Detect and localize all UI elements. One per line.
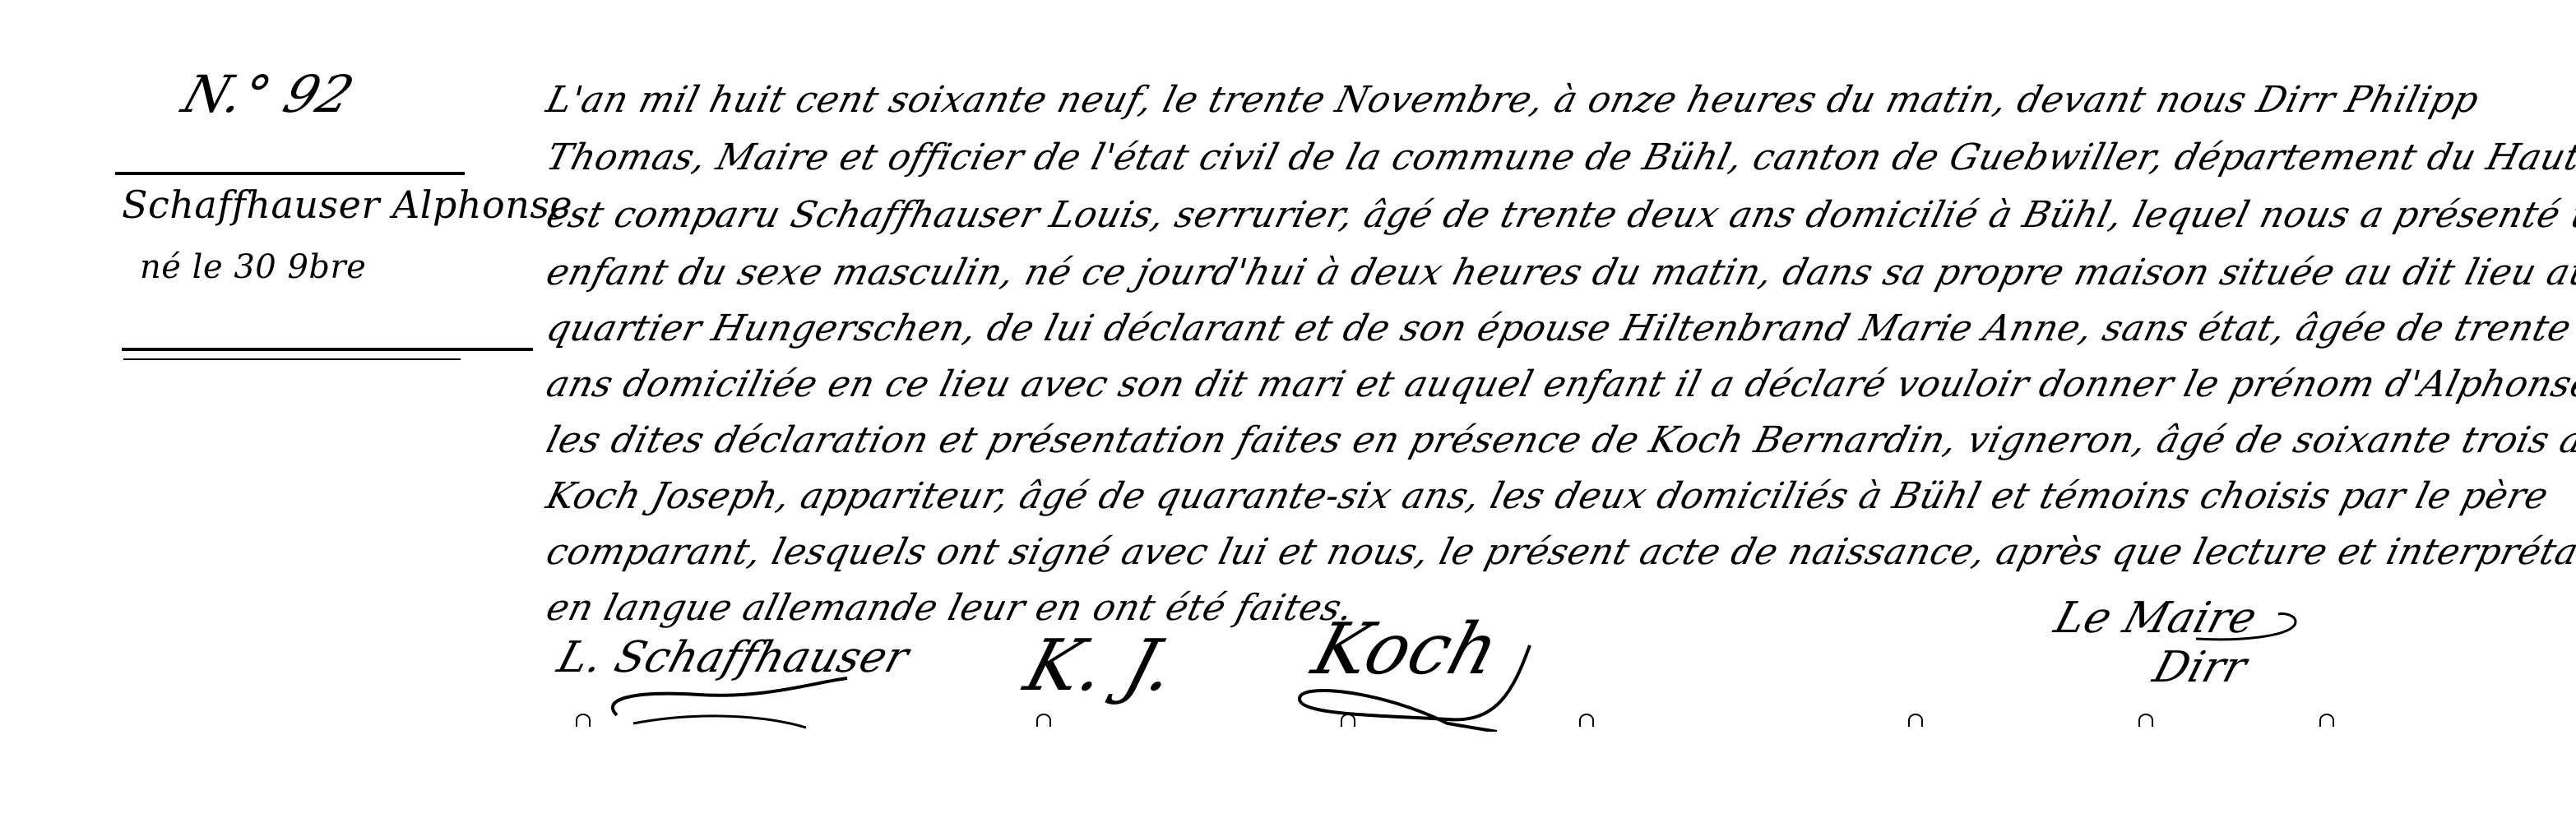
- margin-bottom-rule: [122, 348, 533, 351]
- margin-top-rule: [115, 172, 465, 175]
- margin-birth-date: né le 30 9bre: [140, 248, 366, 286]
- record-line: L'an mil huit cent soixante neuf, le tre…: [543, 82, 2482, 118]
- mayor-title-flourish: [2188, 604, 2303, 645]
- margin-child-name: Schaffhauser Alphonse: [122, 183, 572, 227]
- record-line: comparant, lesquels ont signé avec lui e…: [543, 534, 2576, 571]
- entry-number: N.° 92: [175, 64, 361, 124]
- signature-witness-1: K. J.: [1017, 625, 1185, 707]
- next-entry-fragment: [576, 714, 2467, 725]
- signature-mayor: Dirr: [2147, 643, 2252, 692]
- record-line: les dites déclaration et présentation fa…: [543, 423, 2576, 459]
- record-line: Koch Joseph, appariteur, âgé de quarante…: [543, 478, 2552, 515]
- record-line: est comparu Schaffhauser Louis, serrurie…: [543, 197, 2576, 233]
- record-line: Thomas, Maire et officier de l'état civi…: [543, 140, 2576, 176]
- civil-record-page: N.° 92 Schaffhauser Alphonse né le 30 9b…: [0, 0, 2576, 818]
- record-line: ans domiciliée en ce lieu avec son dit m…: [543, 367, 2576, 403]
- record-line: en langue allemande leur en ont été fait…: [543, 590, 1357, 626]
- record-line: quartier Hungerschen, de lui déclarant e…: [543, 311, 2576, 347]
- record-line: enfant du sexe masculin, né ce jourd'hui…: [543, 255, 2576, 291]
- margin-bottom-rule-2: [123, 358, 461, 360]
